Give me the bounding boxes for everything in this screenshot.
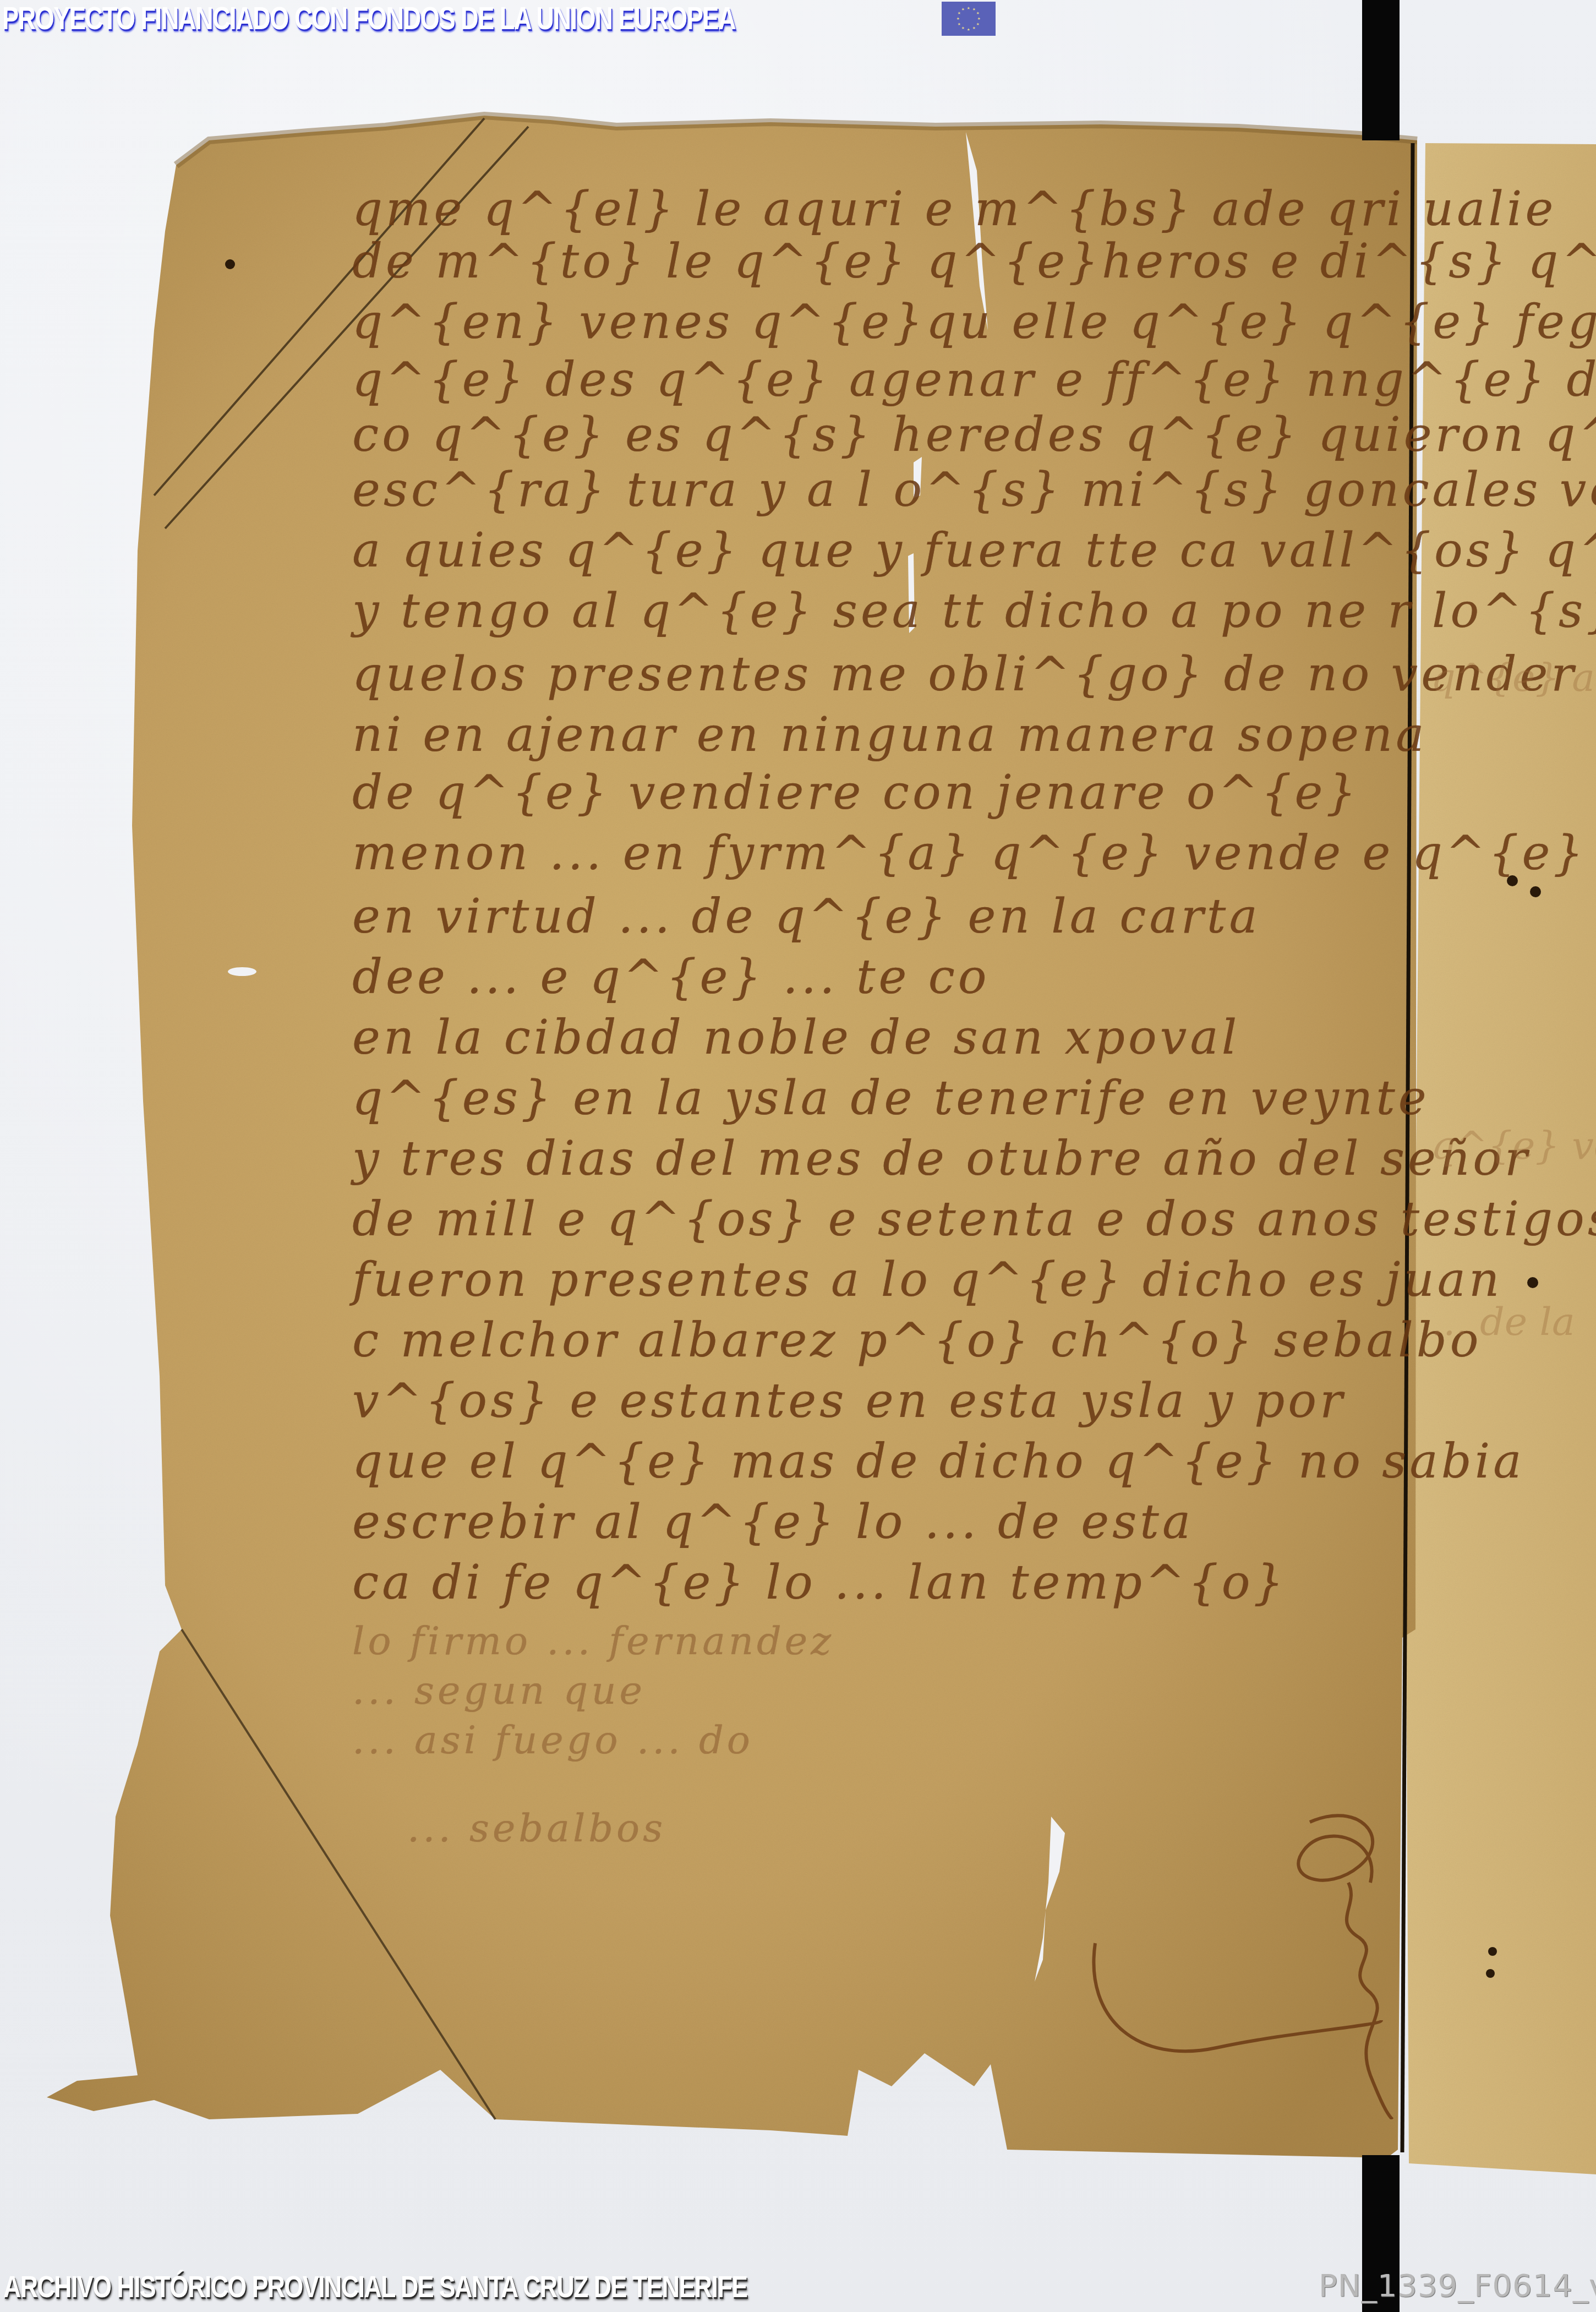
- svg-text:★: ★: [977, 17, 981, 21]
- manuscript-line: esc^{ra} tura y a l o^{s} mi^{s} goncale…: [352, 462, 1596, 517]
- manuscript-line: lo firmo ... fernandez: [352, 1618, 834, 1664]
- manuscript-line: ... asi fuego ... do: [352, 1717, 753, 1763]
- manuscript-line: qme q^{el} le aquri e m^{bs} ade qri ual…: [352, 182, 1556, 237]
- right-leaf-text: ... de la: [1431, 1299, 1575, 1344]
- svg-text:★: ★: [967, 6, 970, 10]
- svg-text:★: ★: [967, 28, 970, 32]
- signature-rubric: [1073, 1789, 1403, 2119]
- manuscript-line: escrebir al q^{e} lo ... de esta: [352, 1495, 1194, 1550]
- manuscript-line: a quies q^{e} que y fuera tte ca vall^{o…: [352, 523, 1596, 578]
- manuscript-line: de m^{to} le q^{e} q^{e}heros e di^{s} q…: [352, 234, 1596, 289]
- binding-strip-top: [1362, 0, 1400, 140]
- svg-text:★: ★: [961, 26, 965, 30]
- manuscript-line: q^{e} des q^{e} agenar e ff^{e} nng^{e} …: [352, 352, 1596, 407]
- manuscript-line: co q^{e} es q^{s} heredes q^{e} quieron …: [352, 407, 1596, 462]
- manuscript-line: q^{en} venes q^{e}qu elle q^{e} q^{e} fe…: [352, 295, 1596, 350]
- svg-text:★: ★: [958, 11, 961, 15]
- svg-text:★: ★: [976, 11, 980, 15]
- file-id: PN_1339_F0614_v: [1319, 2268, 1596, 2304]
- svg-text:★: ★: [972, 7, 976, 12]
- manuscript-line: en virtud ... de q^{e} en la carta: [352, 889, 1261, 944]
- eu-flag-stars-icon: ★★★ ★★★ ★★★ ★★★: [942, 2, 996, 36]
- manuscript-line: ni en ajenar en ninguna manera sopena: [352, 707, 1427, 762]
- manuscript-line: que el q^{e} mas de dicho q^{e} no sabia: [352, 1434, 1525, 1489]
- svg-text:★: ★: [956, 17, 960, 21]
- manuscript-line: menon ... en fyrm^{a} q^{e} vende e q^{e…: [352, 826, 1587, 881]
- right-leaf-text: q^{e} ver ...: [1431, 1123, 1596, 1168]
- svg-text:★: ★: [972, 26, 976, 30]
- manuscript-line: dee ... e q^{e} ... te co: [352, 950, 990, 1005]
- svg-text:★: ★: [958, 22, 961, 26]
- right-leaf-text: q^{e} a l o: [1431, 655, 1596, 700]
- manuscript-line: c melchor albarez p^{o} ch^{o} sebalbo: [352, 1313, 1482, 1368]
- funding-banner-text: PROYECTO FINANCIADO CON FONDOS DE LA UNI…: [2, 1, 735, 36]
- manuscript-line: de q^{e} vendiere con jenare o^{e}: [352, 765, 1359, 820]
- manuscript-line: y tres dias del mes de otubre año del se…: [352, 1131, 1531, 1186]
- manuscript-line: y tengo al q^{e} sea tt dicho a po ne r …: [352, 584, 1596, 639]
- manuscript-line: de mill e q^{os} e setenta e dos anos te…: [352, 1192, 1596, 1247]
- manuscript-line: ... segun que: [352, 1668, 646, 1713]
- archive-name: ARCHIVO HISTÓRICO PROVINCIAL DE SANTA CR…: [3, 2269, 747, 2304]
- manuscript-line: ca di fe q^{e} lo ... lan temp^{o}: [352, 1555, 1287, 1610]
- manuscript-line: en la cibdad noble de san xpoval: [352, 1010, 1240, 1065]
- manuscript-line: v^{os} e estantes en esta ysla y por: [352, 1373, 1346, 1428]
- manuscript-line: fueron presentes a lo q^{e} dicho es jua…: [352, 1252, 1502, 1307]
- eu-flag-icon: ★★★ ★★★ ★★★ ★★★: [942, 2, 996, 36]
- svg-text:★: ★: [976, 22, 980, 26]
- svg-text:★: ★: [961, 7, 965, 12]
- manuscript-line: quelos presentes me obli^{go} de no vend…: [352, 647, 1577, 702]
- manuscript-line: q^{es} en la ysla de tenerife en veynte: [352, 1071, 1430, 1126]
- funding-banner: PROYECTO FINANCIADO CON FONDOS DE LA UNI…: [2, 1, 942, 36]
- manuscript-line: ... sebalbos: [407, 1806, 666, 1851]
